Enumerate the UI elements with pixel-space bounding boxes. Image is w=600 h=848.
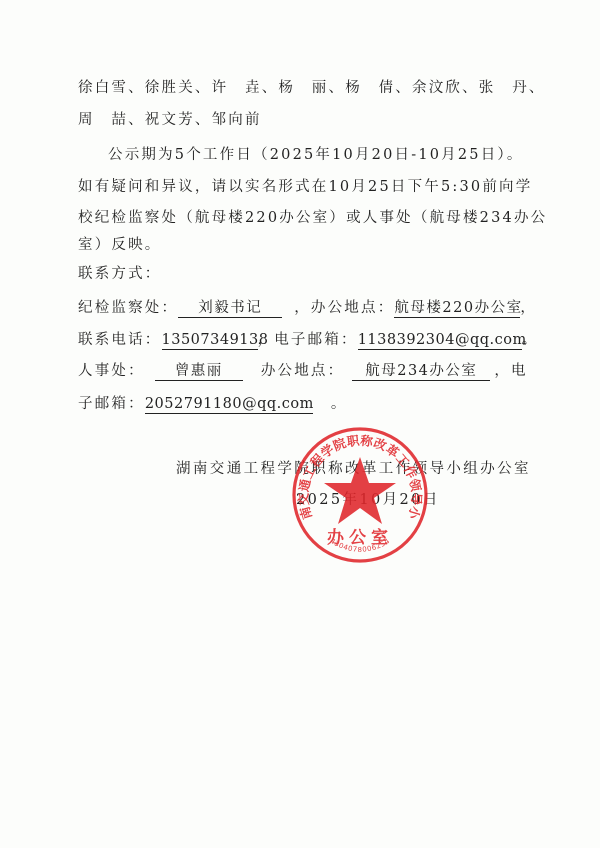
discipline-email-trail: 。 [522,332,539,348]
discipline-office-contact-line: 联系电话：13507349138，电子邮箱：1138392304@qq.com。 [78,330,528,350]
hr-office-person: 曾惠丽 [155,363,243,381]
notice-line-4: 室）反映。 [78,235,528,255]
notice-line-3: 校纪检监察处（航母楼220办公室）或人事处（航母楼234办公 [78,208,528,228]
contact-heading: 联系方式： [78,264,528,284]
discipline-office-label: 纪检监察处： [78,300,178,316]
names-line-2: 周 喆、祝文芳、邹向前 [78,110,528,130]
discipline-office-line: 纪检监察处：刘毅书记，办公地点：航母楼220办公室， [78,298,528,318]
discipline-office-location: 航母楼220办公室 [394,300,520,318]
discipline-office-trail: ， [520,300,537,316]
names-line-1: 徐白雪、徐胜关、许 垚、杨 丽、杨 倩、余汶欣、张 丹、 [78,78,528,98]
discipline-office-location-label: ，办公地点： [294,300,394,316]
discipline-phone-label: 联系电话： [78,332,162,348]
hr-office-label: 人事处： [78,363,145,379]
hr-email: 2052791180@qq.com [145,396,313,414]
discipline-phone: 13507349138 [162,332,258,350]
official-seal-icon: 湖南交通工程学院职称改革工作领导小组 办公室 4304078006254 [290,425,430,565]
notice-period: 公示期为5个工作日（2025年10月20日-10月25日）。 [108,145,558,165]
notice-line-2: 如有疑问和异议，请以实名形式在10月25日下午5:30前向学 [78,177,528,197]
hr-office-location-label: 办公地点： [261,363,345,379]
hr-office-trail: ，电 [494,363,527,379]
discipline-office-person: 刘毅书记 [178,300,282,318]
discipline-email: 1138392304@qq.com [358,332,522,350]
hr-office-line: 人事处：曾惠丽办公地点：航母234办公室，电 [78,361,528,381]
hr-email-label: 子邮箱： [78,396,145,412]
document-page: 徐白雪、徐胜关、许 垚、杨 丽、杨 倩、余汶欣、张 丹、 周 喆、祝文芳、邹向前… [0,0,600,848]
hr-email-trail: 。 [331,396,348,412]
hr-office-location: 航母234办公室 [352,363,490,381]
hr-office-email-line: 子邮箱：2052791180@qq.com。 [78,394,528,414]
discipline-email-label: ，电子邮箱： [258,332,358,348]
